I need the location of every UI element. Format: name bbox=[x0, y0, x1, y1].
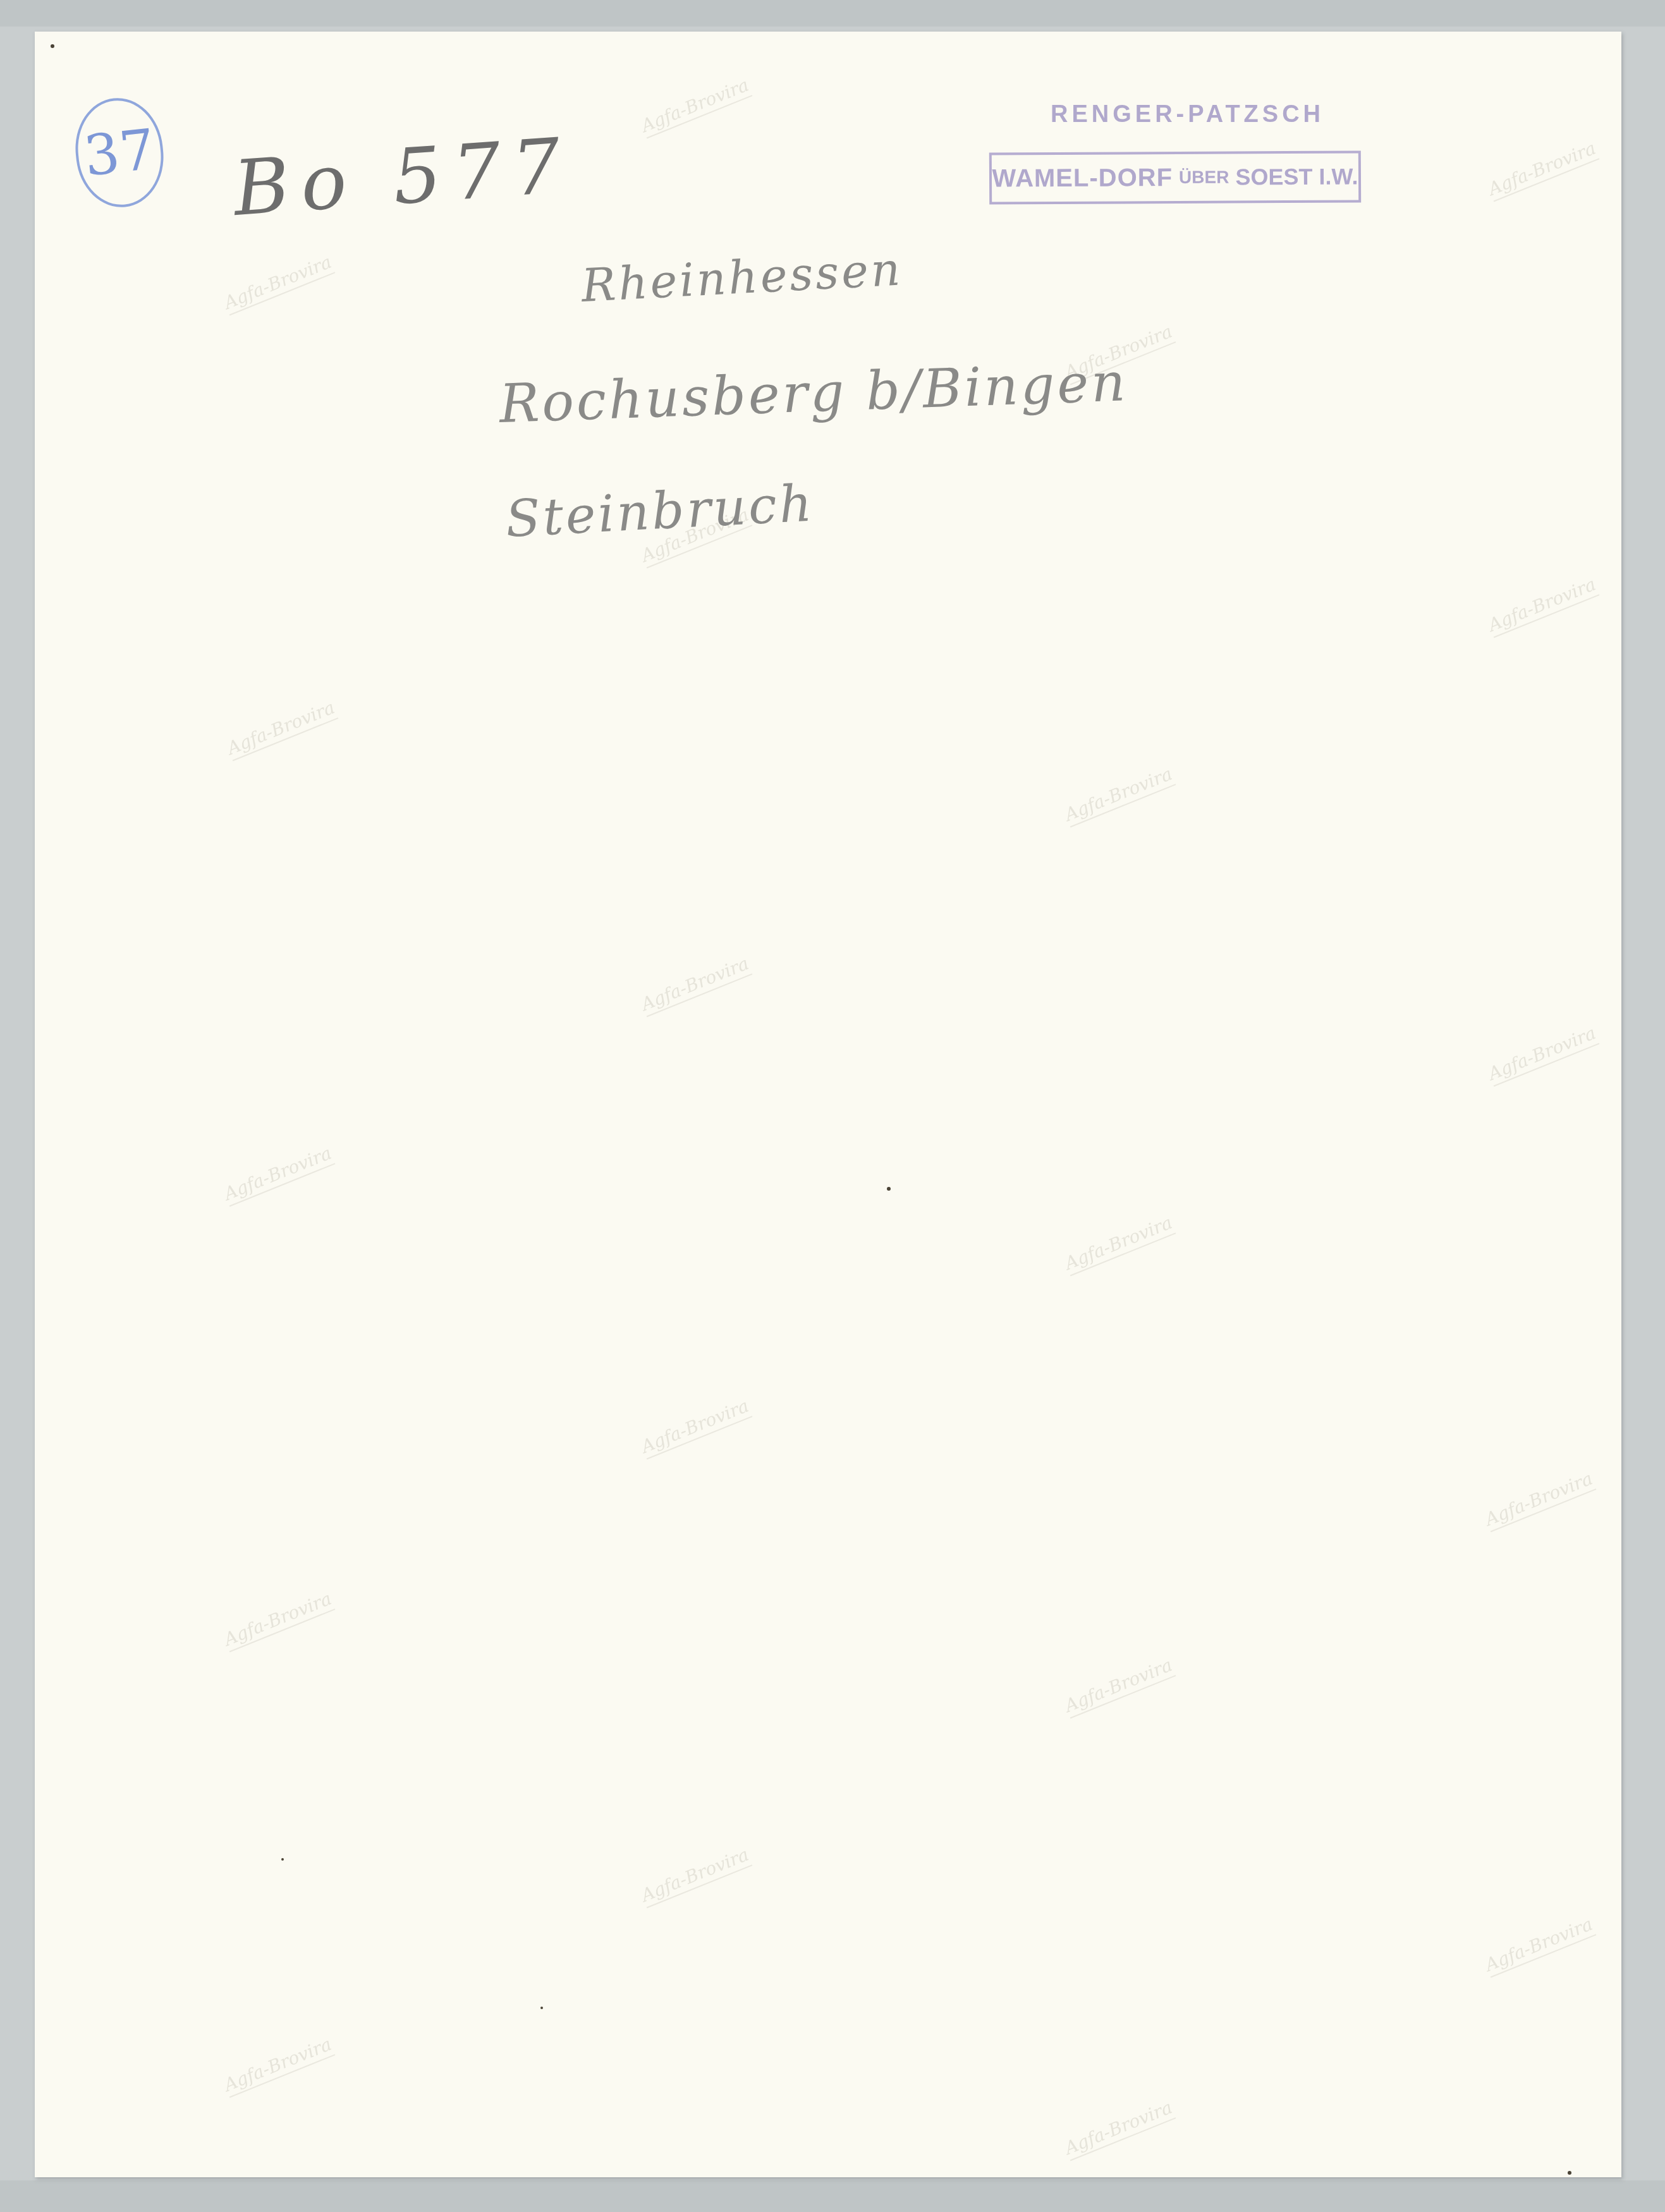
paper-speck bbox=[281, 1858, 284, 1861]
photo-back-sheet bbox=[35, 32, 1621, 2177]
backdrop-band bbox=[0, 0, 1665, 27]
photographer-stamp-address: WAMEL-DORF ÜBER SOEST I.W. bbox=[989, 150, 1361, 204]
stamp-address-secondary: SOEST I.W. bbox=[1235, 163, 1358, 190]
stamp-address-small: ÜBER bbox=[1179, 167, 1229, 188]
backdrop-band bbox=[0, 2180, 1665, 2212]
paper-speck bbox=[1568, 2171, 1571, 2175]
paper-speck bbox=[540, 2007, 543, 2009]
circled-number-text: 37 bbox=[81, 116, 158, 188]
paper-speck bbox=[51, 44, 54, 48]
paper-speck bbox=[887, 1187, 891, 1191]
photographer-stamp-name: RENGER-PATZSCH bbox=[1051, 101, 1324, 128]
stamp-address-primary: WAMEL-DORF bbox=[992, 164, 1173, 193]
